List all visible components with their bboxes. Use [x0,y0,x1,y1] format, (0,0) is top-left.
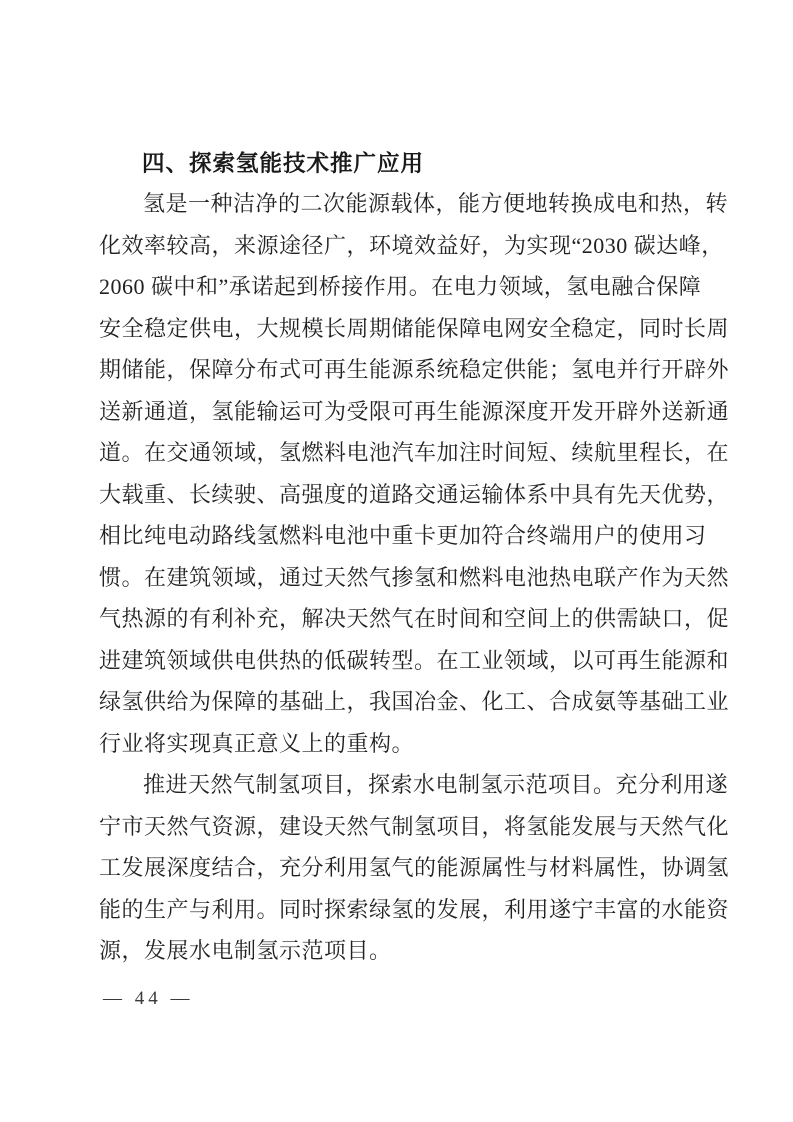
text-line: 期储能，保障分布式可再生能源系统稳定供能；氢电并行开辟外 [99,349,697,391]
document-page: 四、探索氢能技术推广应用 氢是一种洁净的二次能源载体，能方便地转换成电和热，转 … [0,0,793,1122]
text-line: 工发展深度结合，充分利用氢气的能源属性与材料属性，协调氢 [99,847,697,889]
text-line: 能的生产与利用。同时探索绿氢的发展，利用遂宁丰富的水能资 [99,889,697,931]
text-line: 源，发展水电制氢示范项目。 [99,930,697,972]
text-line: 宁市天然气资源，建设天然气制氢项目，将氢能发展与天然气化 [99,806,697,848]
text-line: 安全稳定供电，大规模长周期储能保障电网安全稳定，同时长周 [99,308,697,350]
text-line: 气热源的有利补充，解决天然气在时间和空间上的供需缺口，促 [99,598,697,640]
text-line: 惯。在建筑领域，通过天然气掺氢和燃料电池热电联产作为天然 [99,557,697,599]
text-line: 大载重、长续驶、高强度的道路交通运输体系中具有先天优势， [99,474,697,516]
text-line: 行业将实现真正意义上的重构。 [99,723,697,765]
section-heading: 四、探索氢能技术推广应用 [99,148,697,180]
text-line: 绿氢供给为保障的基础上，我国冶金、化工、合成氨等基础工业 [99,681,697,723]
text-line: 相比纯电动路线氢燃料电池中重卡更加符合终端用户的使用习 [99,515,697,557]
text-line: 进建筑领域供电供热的低碳转型。在工业领域，以可再生能源和 [99,640,697,682]
document-body: 氢是一种洁净的二次能源载体，能方便地转换成电和热，转 化效率较高，来源途径广，环… [99,183,697,972]
text-line: 推进天然气制氢项目，探索水电制氢示范项目。充分利用遂 [99,764,697,806]
text-line: 送新通道，氢能输运可为受限可再生能源深度开发开辟外送新通 [99,391,697,433]
text-line: 2060 碳中和”承诺起到桥接作用。在电力领域，氢电融合保障 [99,266,697,308]
page-number: — 44 — [103,986,194,1012]
text-line: 道。在交通领域，氢燃料电池汽车加注时间短、续航里程长，在 [99,432,697,474]
text-line: 氢是一种洁净的二次能源载体，能方便地转换成电和热，转 [99,183,697,225]
text-line: 化效率较高，来源途径广，环境效益好，为实现“2030 碳达峰， [99,225,697,267]
